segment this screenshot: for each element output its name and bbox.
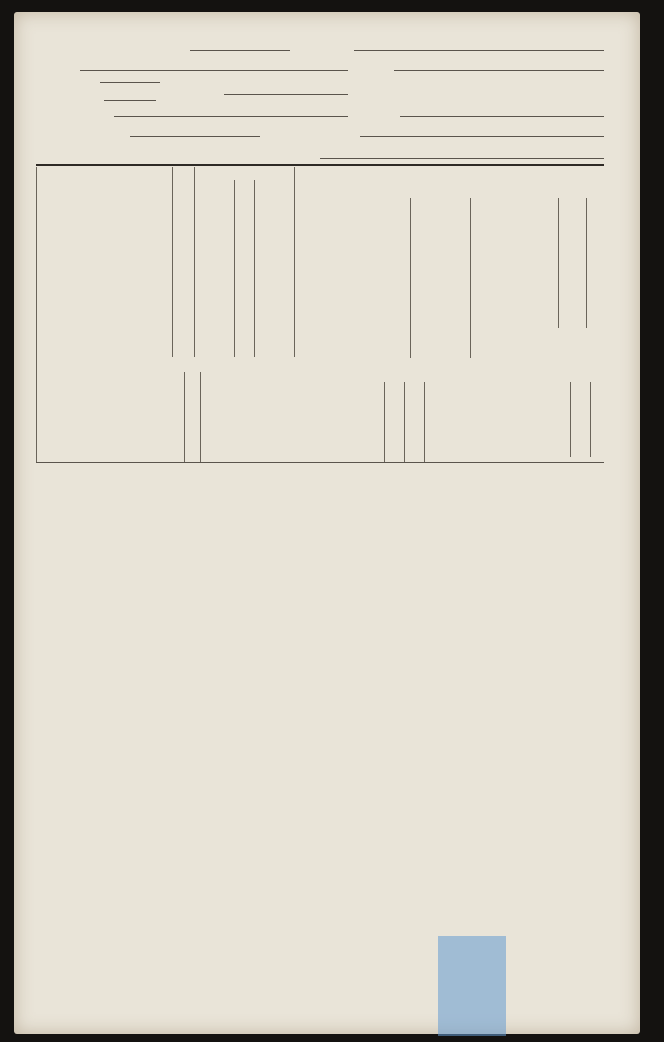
lloyds-register-logo [438, 936, 506, 1036]
survey-document [14, 12, 640, 1034]
